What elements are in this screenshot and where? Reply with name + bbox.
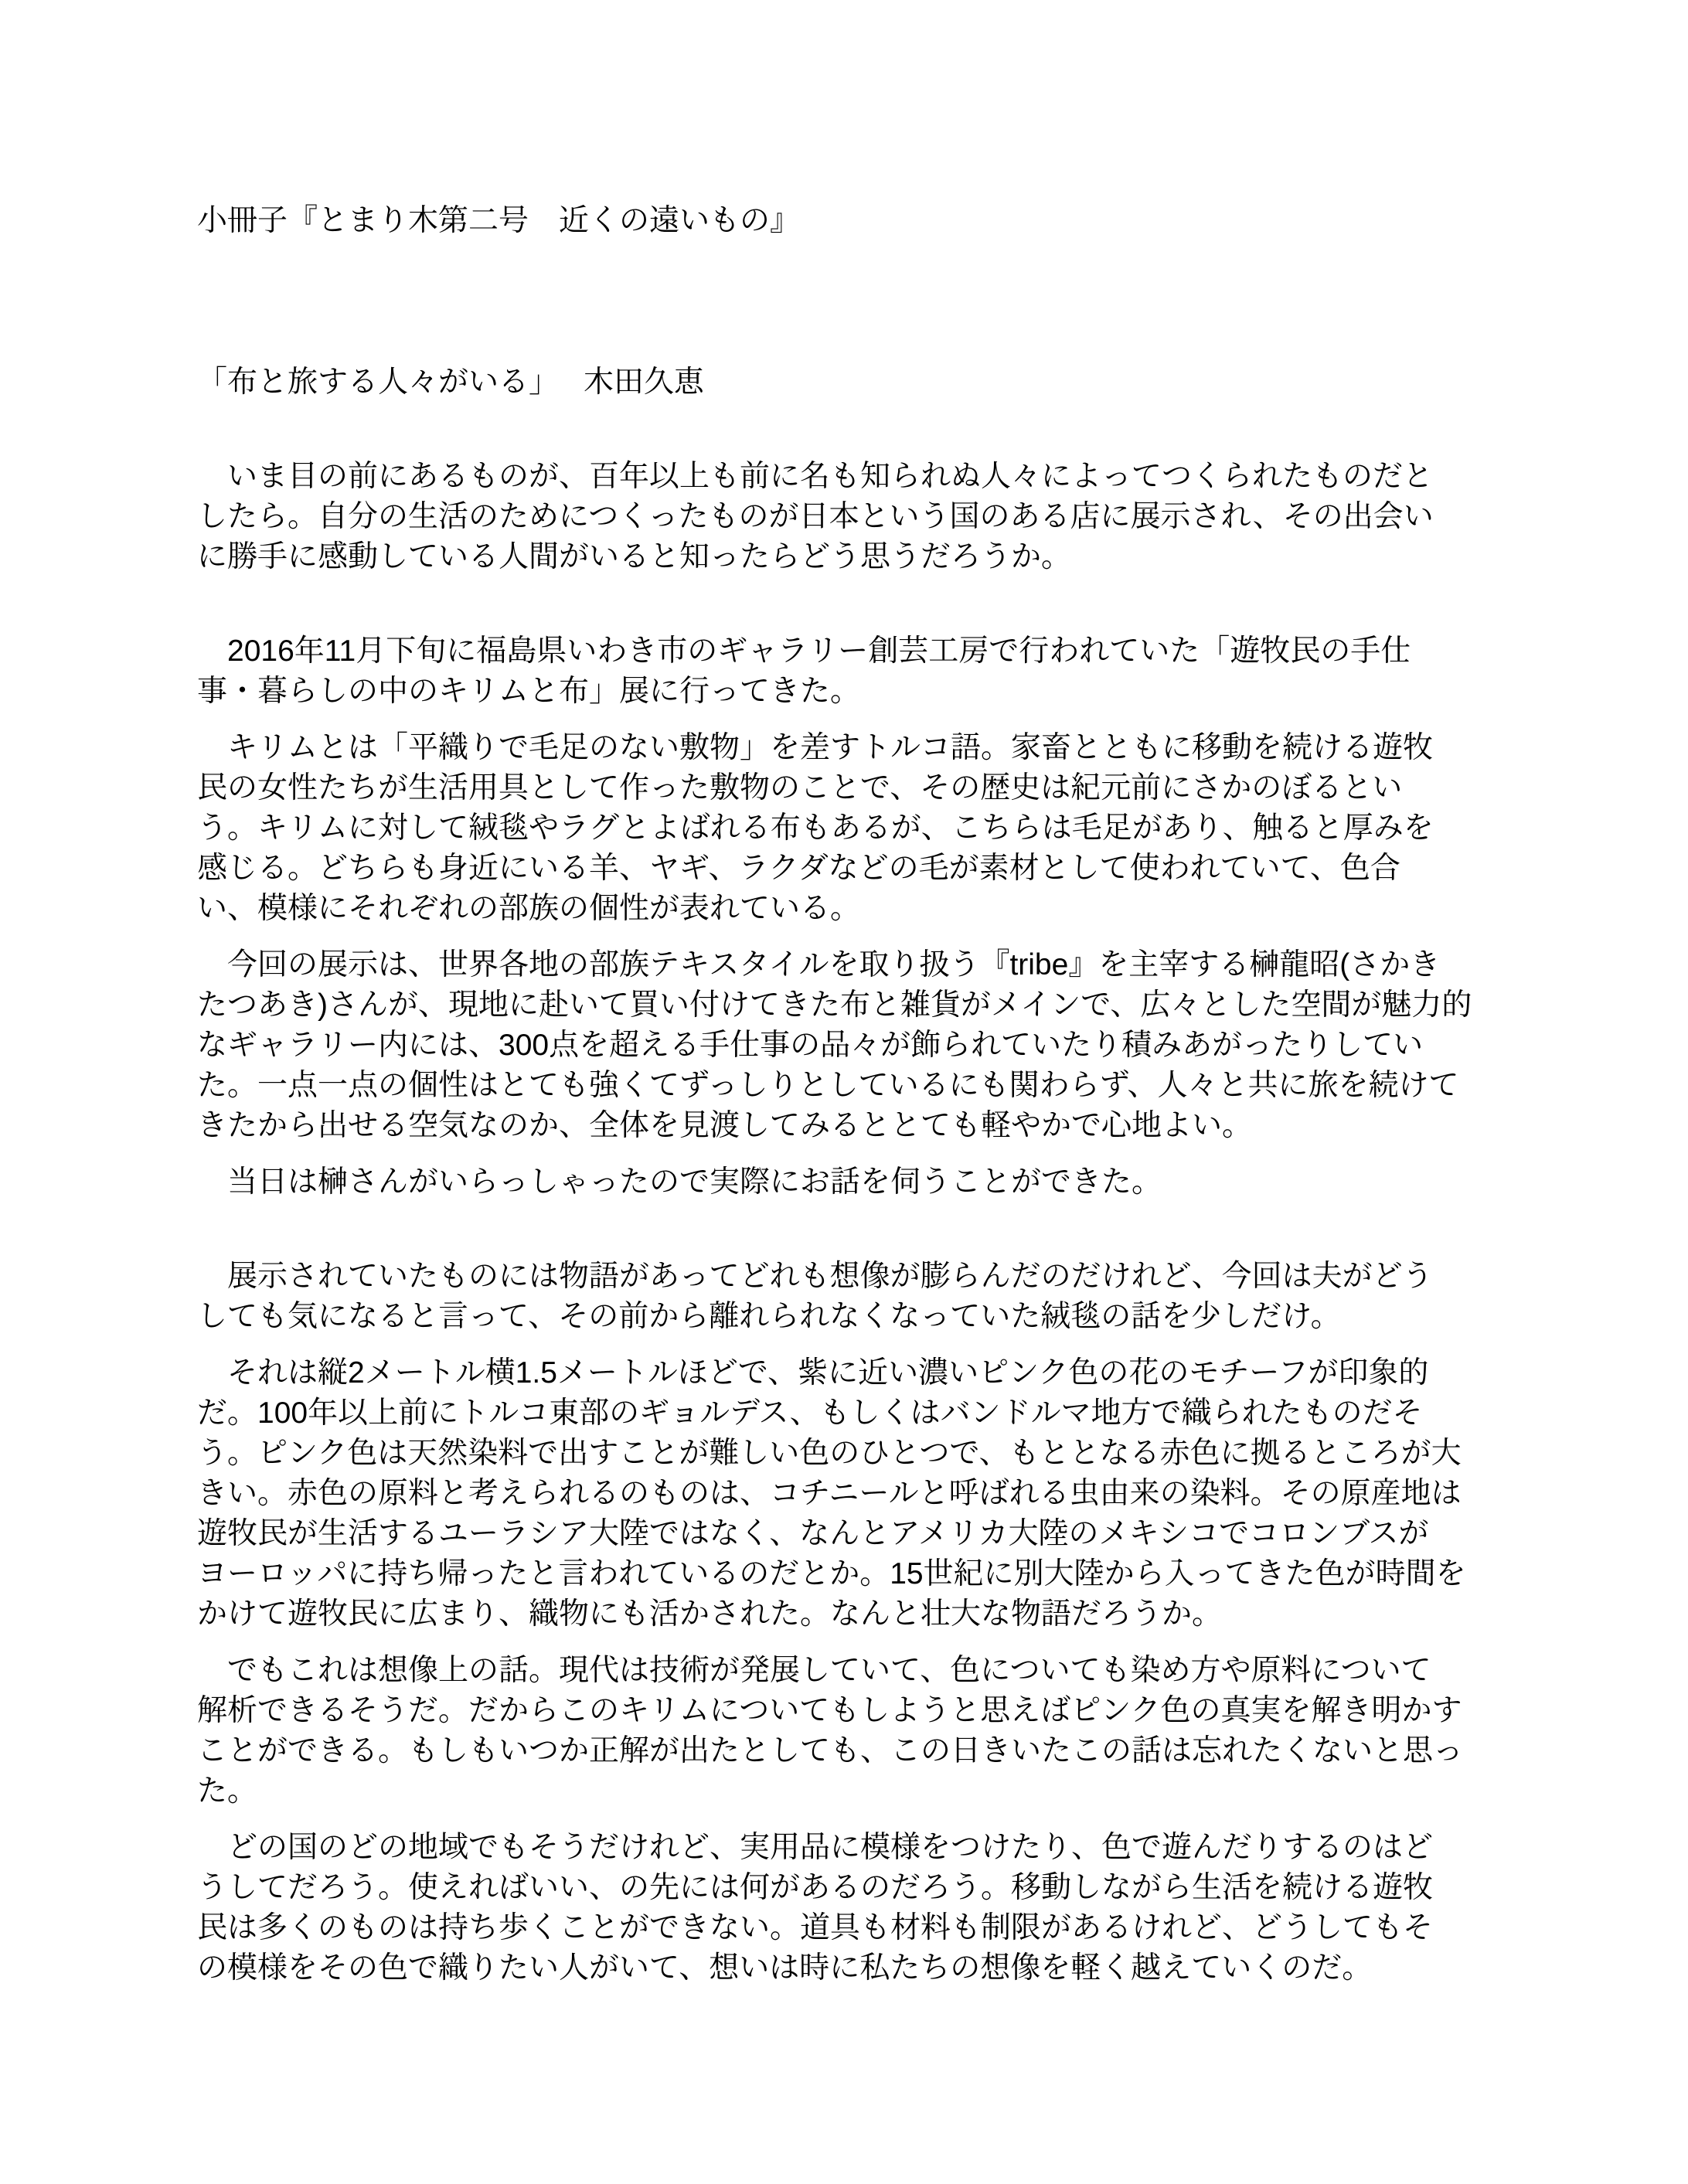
article-author: 木田久恵 — [584, 366, 704, 399]
paragraph-8: でもこれは想像上の話。現代は技術が発展していて、色についても染め方や原料について… — [197, 1651, 1611, 1811]
paragraph-7: それは縦2メートル横1.5メートルほどで、紫に近い濃いピンク色の花のモチーフが印… — [197, 1353, 1611, 1635]
article-title: 「布と旅する人々がいる」 — [197, 366, 559, 399]
paragraph-4: 今回の展示は、世界各地の部族テキスタイルを取り扱う『tribe』を主宰する榊龍昭… — [197, 945, 1611, 1146]
booklet-title: 小冊子『とまり木第二号 近くの遠いもの』 — [197, 201, 1611, 241]
paragraph-9: どの国のどの地域でもそうだけれど、実用品に模様をつけたり、色で遊んだりするのはど… — [197, 1828, 1611, 1988]
paragraph-1: いま目の前にあるものが、百年以上も前に名も知られぬ人々によってつくられたものだと… — [197, 457, 1611, 577]
paragraph-6: 展示されていたものには物語があってどれも想像が膨らんだのだけれど、今回は夫がどう… — [197, 1257, 1611, 1337]
paragraph-2: 2016年11月下旬に福島県いわき市のギャラリー創芸工房で行われていた「遊牧民の… — [197, 631, 1611, 712]
document-page: 小冊子『とまり木第二号 近くの遠いもの』 「布と旅する人々がいる」木田久恵 いま… — [0, 0, 1688, 2184]
paragraph-5: 当日は榊さんがいらっしゃったので実際にお話を伺うことができた。 — [197, 1162, 1611, 1203]
paragraph-3: キリムとは「平織りで毛足のない敷物」を差すトルコ語。家畜とともに移動を続ける遊牧… — [197, 728, 1611, 929]
article-heading: 「布と旅する人々がいる」木田久恵 — [197, 322, 1611, 403]
